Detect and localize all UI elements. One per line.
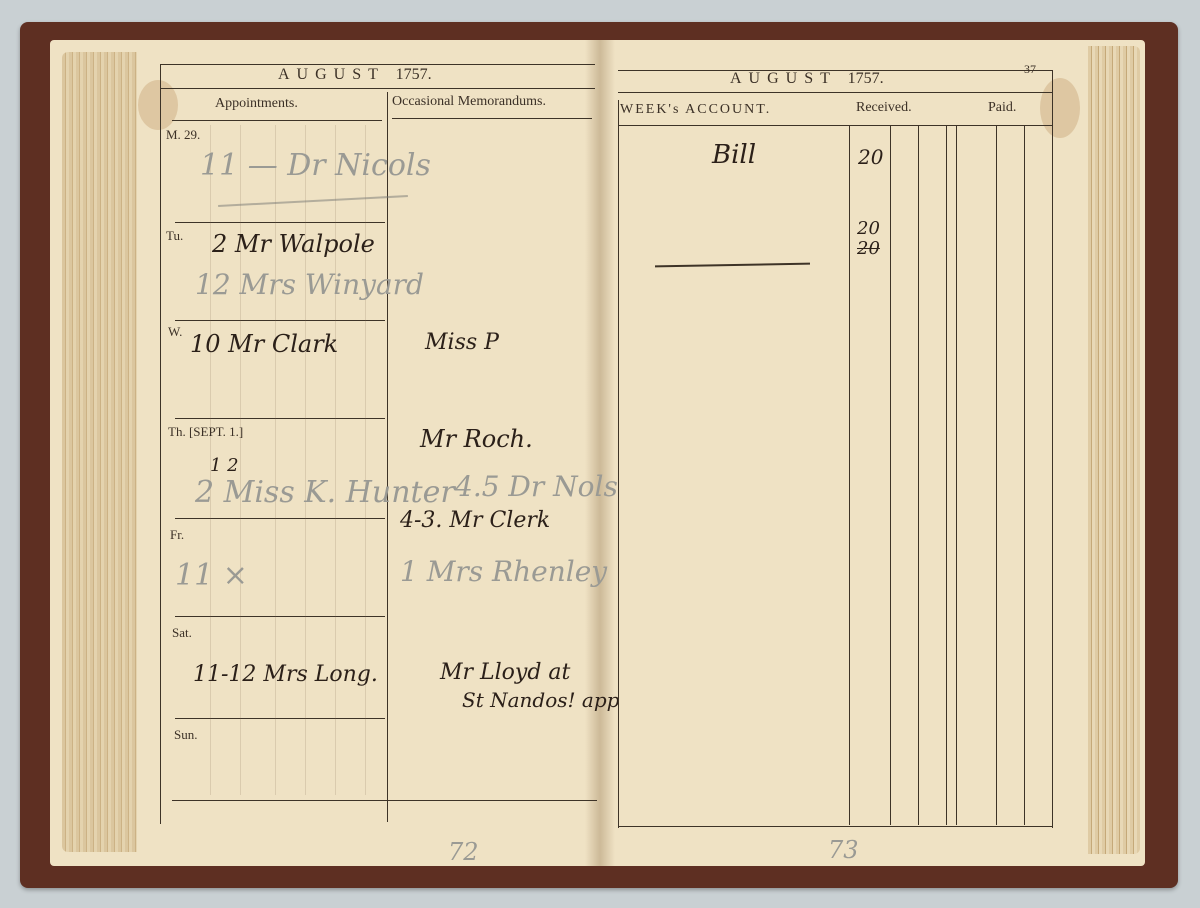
received-col-line: [918, 125, 919, 825]
day-label-monday: M. 29.: [166, 127, 200, 143]
header-rule: [618, 92, 1053, 93]
stain: [1040, 78, 1080, 138]
pencil-page-number-left: 72: [448, 838, 479, 866]
memo-thursday-1: Mr Roch.: [420, 425, 533, 453]
entry-tuesday-1: 2 Mr Walpole: [212, 230, 375, 258]
left-page-edges: [62, 52, 137, 852]
spine-top: [585, 22, 615, 42]
paid-col-line: [996, 125, 997, 825]
memo-saturday-1: Mr Lloyd at: [440, 660, 570, 685]
gutter: [585, 40, 615, 866]
memo-thursday-2: 4.5 Dr Nols: [455, 470, 618, 503]
col-rule: [392, 118, 592, 119]
entry-friday-1: 11 ×: [175, 558, 248, 593]
printed-page-number: 37: [1024, 62, 1036, 77]
col-rule: [618, 125, 1053, 126]
frame-top: [160, 64, 595, 65]
received-heading: Received.: [856, 100, 912, 116]
day-rule: [175, 418, 385, 419]
received-amount-struck: 20: [857, 238, 880, 259]
left-header-month: AUGUST 1757.: [278, 66, 432, 84]
appointments-heading: Appointments.: [215, 96, 298, 112]
paid-col-line: [1024, 125, 1025, 825]
day-rule: [175, 718, 385, 719]
memoranda-heading: Occasional Memorandums.: [392, 94, 546, 110]
frame-right: [1052, 70, 1053, 828]
day-label-sunday: Sun.: [174, 727, 197, 743]
memo-friday-1: 1 Mrs Rhenley: [400, 555, 607, 588]
received-col-line: [946, 125, 947, 825]
right-page-edges: [1088, 46, 1140, 854]
entry-monday-1: 11 — Dr Nicols: [200, 148, 431, 183]
entry-thursday-1: 1 2: [210, 455, 239, 476]
memo-wednesday-1: Miss P: [425, 330, 499, 355]
day-label-tuesday: Tu.: [166, 228, 183, 244]
day-rule: [175, 222, 385, 223]
frame-left: [160, 64, 161, 824]
received-amount-2: 20: [857, 218, 880, 239]
right-header-month: AUGUST 1757.: [730, 70, 884, 88]
header-rule: [160, 88, 595, 89]
day-label-wednesday: W.: [168, 324, 182, 340]
received-col-line: [890, 125, 891, 825]
entry-wednesday-1: 10 Mr Clark: [190, 330, 338, 358]
pencil-page-number-right: 73: [828, 836, 859, 864]
day-label-saturday: Sat.: [172, 625, 192, 641]
memo-thursday-3: 4-3. Mr Clerk: [400, 508, 550, 533]
day-rule: [175, 518, 385, 519]
frame-bottom: [618, 826, 1053, 827]
paid-col-line: [956, 125, 957, 825]
received-amount-1: 20: [858, 145, 883, 169]
day-label-friday: Fr.: [170, 527, 184, 543]
received-col-line: [849, 125, 850, 825]
col-rule: [172, 120, 382, 121]
day-rule: [175, 616, 385, 617]
weeks-account-heading: WEEK's ACCOUNT.: [620, 102, 771, 118]
memo-saturday-2: St Nandos! app: [462, 688, 619, 712]
entry-thursday-2: 2 Miss K. Hunter: [195, 475, 455, 510]
paid-heading: Paid.: [988, 100, 1016, 116]
entry-saturday-1: 11-12 Mrs Long.: [193, 662, 378, 687]
day-rule: [175, 320, 385, 321]
day-label-thursday: Th. [SEPT. 1.]: [168, 424, 243, 440]
frame-left: [618, 100, 619, 828]
entry-tuesday-2: 12 Mrs Winyard: [195, 268, 424, 301]
column-divider: [387, 92, 388, 822]
frame-bottom: [172, 800, 597, 801]
account-item-bill: Bill: [712, 140, 756, 170]
